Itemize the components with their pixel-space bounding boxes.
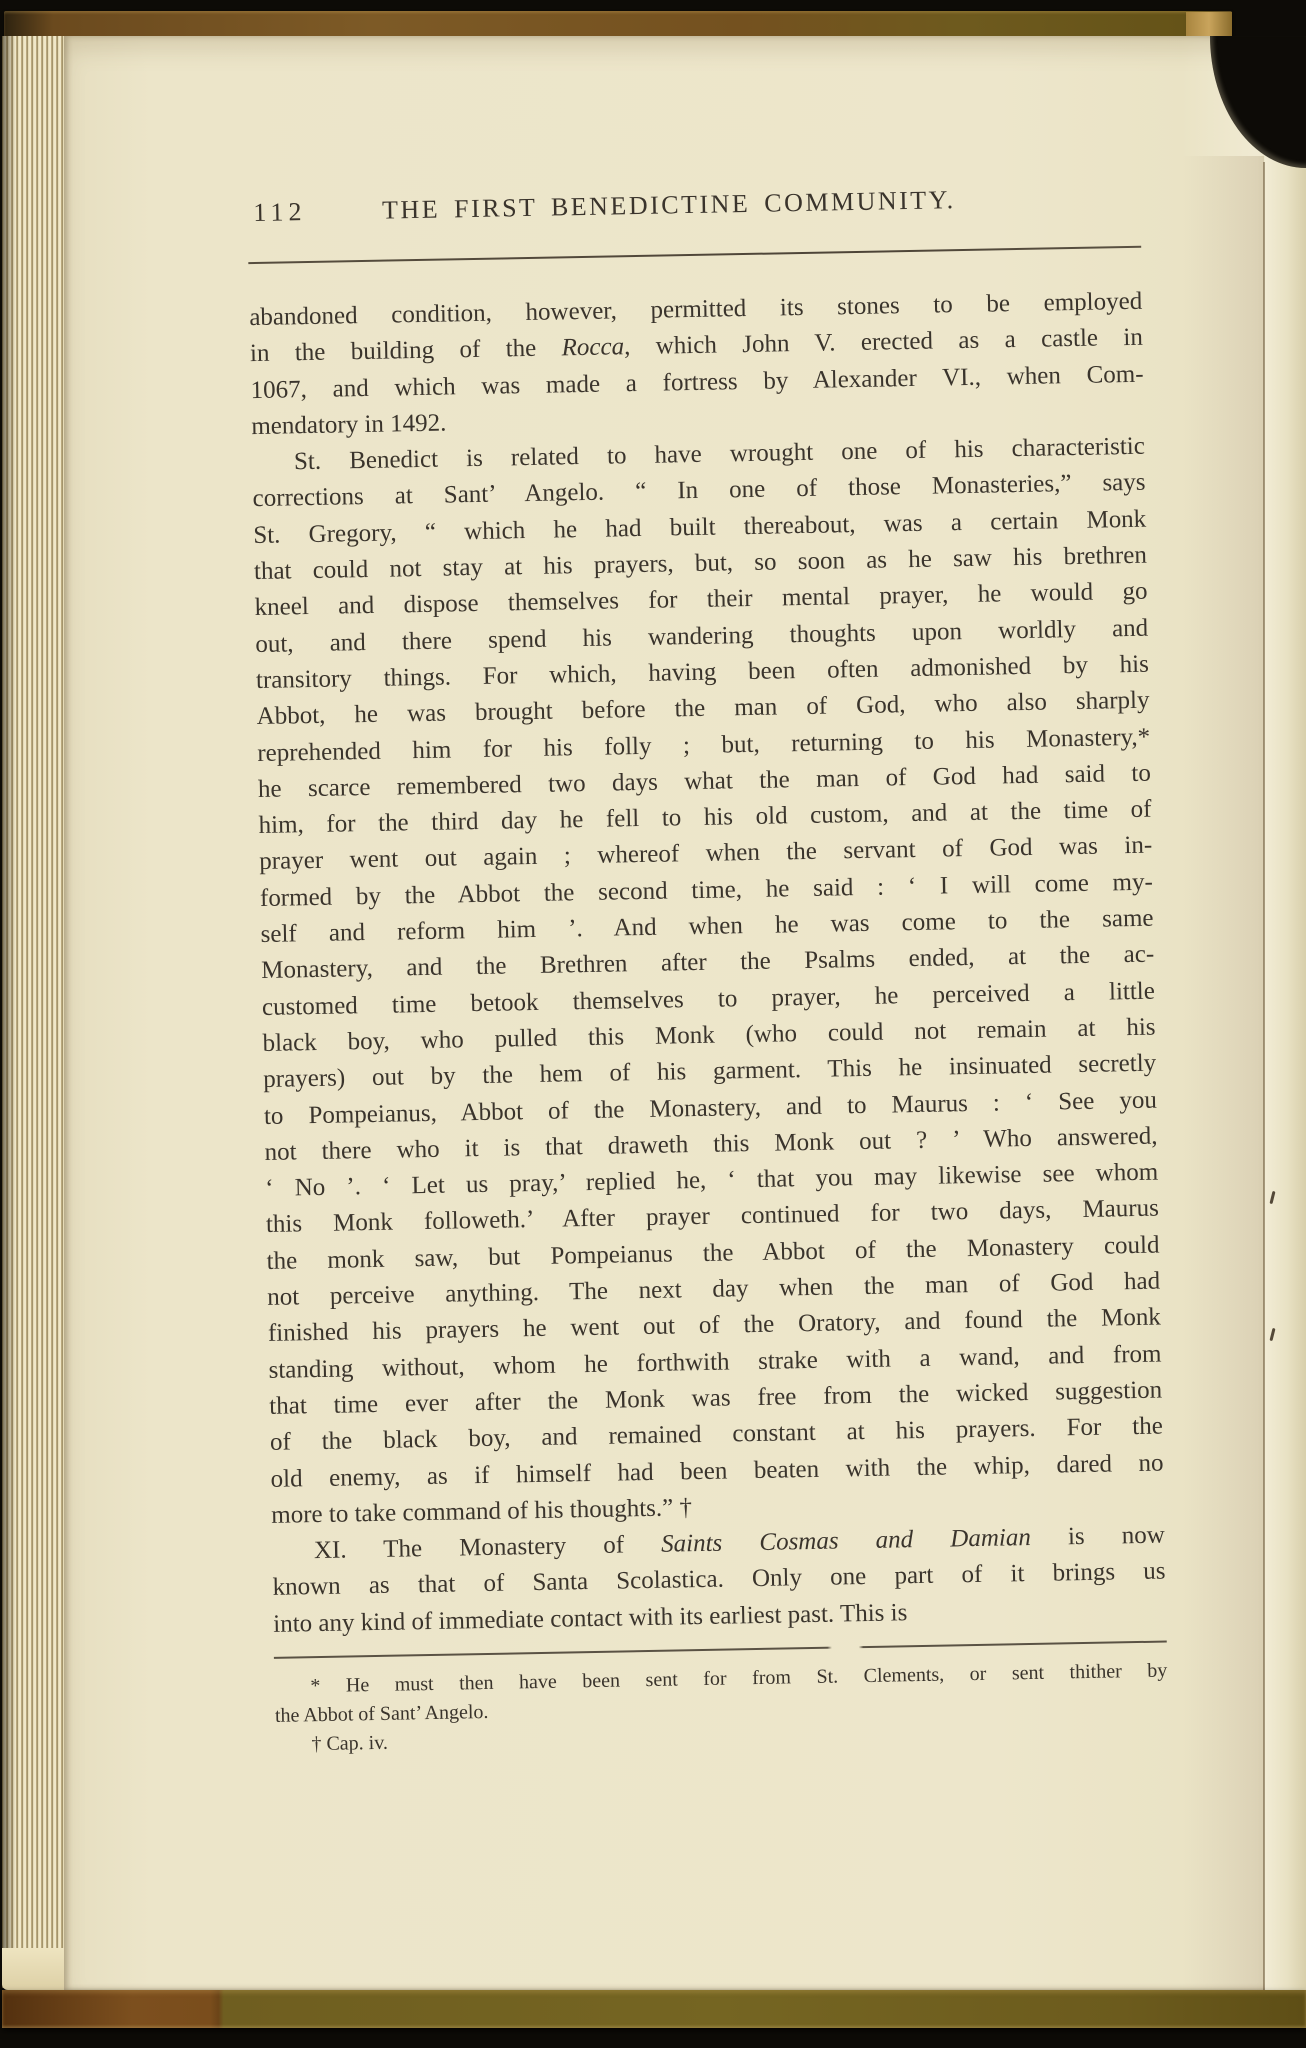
body-text: abandoned condition, however, permitted … (249, 284, 1166, 1643)
footnote-rule (274, 1640, 1167, 1658)
page-header: 112 THE FIRST BENEDICTINE COMMUNITY. (247, 180, 1140, 230)
page-corner-shadow (1210, 36, 1306, 168)
page-fore-edges (2, 36, 64, 1988)
book-cover-gold-patch (1186, 12, 1232, 38)
print-area: 112 THE FIRST BENEDICTINE COMMUNITY. aba… (247, 180, 1169, 1760)
book-cover-top-edge (4, 11, 1232, 38)
page-curl-edge (1265, 154, 1306, 1990)
footnotes: * He must then have been sent for from S… (274, 1656, 1168, 1759)
running-title: THE FIRST BENEDICTINE COMMUNITY. (247, 180, 1140, 230)
book-cover-bottom-edge (2, 1990, 1306, 2028)
page-curl-shadow (1182, 156, 1264, 1990)
header-rule (248, 246, 1141, 264)
book-photo: 112 THE FIRST BENEDICTINE COMMUNITY. aba… (0, 0, 1306, 2048)
page-number: 112 (253, 195, 307, 230)
page-crease (1263, 162, 1265, 1990)
book-page: 112 THE FIRST BENEDICTINE COMMUNITY. aba… (64, 36, 1306, 1990)
